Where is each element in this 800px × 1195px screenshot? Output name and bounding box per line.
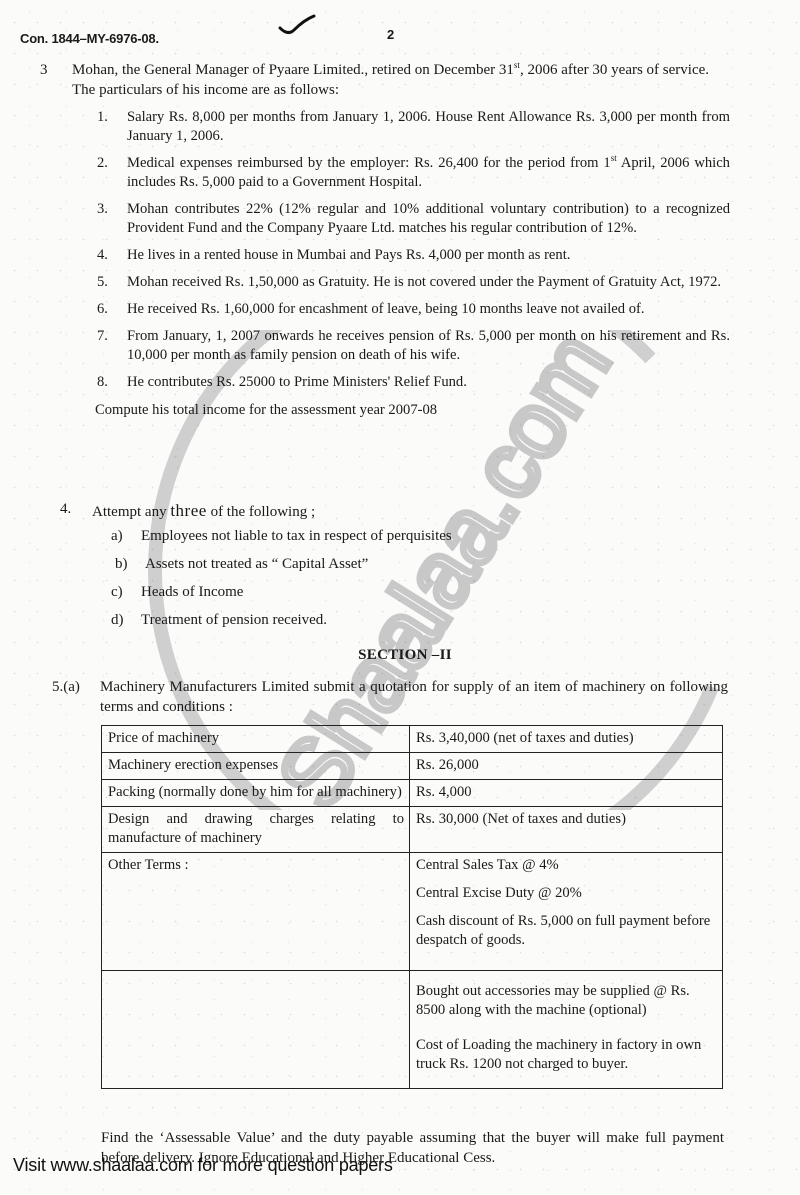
question-3: 3 Mohan, the General Manager of Pyaare L… — [40, 60, 730, 420]
question-4-options: a)Employees not liable to tax in respect… — [111, 527, 452, 639]
question-intro: Mohan, the General Manager of Pyaare Lim… — [72, 60, 730, 100]
option-d: d)Treatment of pension received. — [111, 611, 452, 639]
table-cell: Bought out accessories may be supplied @… — [410, 971, 723, 1089]
list-item: 4.He lives in a rented house in Mumbai a… — [97, 246, 730, 265]
table-cell: Rs. 26,000 — [410, 753, 723, 780]
table-row: Design and drawing charges relating to m… — [102, 807, 723, 853]
question-5a-text: Machinery Manufacturers Limited submit a… — [100, 677, 728, 717]
table-cell: Other Terms : — [102, 853, 410, 971]
list-item: 8.He contributes Rs. 25000 to Prime Mini… — [97, 373, 730, 392]
page-number: 2 — [387, 27, 394, 42]
table-row: Price of machinery Rs. 3,40,000 (net of … — [102, 726, 723, 753]
compute-instruction: Compute his total income for the assessm… — [95, 400, 730, 420]
table-row: Packing (normally done by him for all ma… — [102, 780, 723, 807]
table-row: Machinery erection expenses Rs. 26,000 — [102, 753, 723, 780]
question-number: 5.(a) — [52, 677, 80, 697]
table-cell: Rs. 30,000 (Net of taxes and duties) — [410, 807, 723, 853]
table-row: Other Terms : Central Sales Tax @ 4% Cen… — [102, 853, 723, 971]
table-cell — [102, 971, 410, 1089]
quotation-terms-table: Price of machinery Rs. 3,40,000 (net of … — [101, 725, 723, 1089]
list-item: 2.Medical expenses reimbursed by the emp… — [97, 154, 730, 192]
table-cell: Design and drawing charges relating to m… — [102, 807, 410, 853]
table-cell: Machinery erection expenses — [102, 753, 410, 780]
question-4: 4. Attempt any three of the following ; — [60, 501, 315, 521]
table-row: Bought out accessories may be supplied @… — [102, 971, 723, 1089]
option-c: c)Heads of Income — [111, 583, 452, 611]
list-item: 5.Mohan received Rs. 1,50,000 as Gratuit… — [97, 273, 730, 292]
table-cell: Rs. 4,000 — [410, 780, 723, 807]
visit-shaalaa-link[interactable]: Visit www.shaalaa.com for more question … — [13, 1155, 393, 1176]
list-item: 7.From January, 1, 2007 onwards he recei… — [97, 327, 730, 365]
table-cell: Price of machinery — [102, 726, 410, 753]
table-cell: Packing (normally done by him for all ma… — [102, 780, 410, 807]
option-a: a)Employees not liable to tax in respect… — [111, 527, 452, 555]
list-item: 6.He received Rs. 1,60,000 for encashmen… — [97, 300, 730, 319]
list-item: 3.Mohan contributes 22% (12% regular and… — [97, 200, 730, 238]
section-title: SECTION –II — [0, 647, 800, 664]
table-cell: Rs. 3,40,000 (net of taxes and duties) — [410, 726, 723, 753]
question-number: 4. — [60, 501, 71, 518]
question-4-prompt: Attempt any three of the following ; — [92, 504, 315, 520]
paper-code: Con. 1844–MY-6976-08. — [20, 31, 159, 46]
income-particulars-list: 1.Salary Rs. 8,000 per months from Janua… — [97, 108, 730, 392]
option-b: b)Assets not treated as “ Capital Asset” — [111, 555, 452, 583]
table-cell: Central Sales Tax @ 4% Central Excise Du… — [410, 853, 723, 971]
list-item: 1.Salary Rs. 8,000 per months from Janua… — [97, 108, 730, 146]
question-5a: 5.(a) Machinery Manufacturers Limited su… — [52, 677, 728, 717]
exam-page: Shaalaa.com Con. 1844–MY-6976-08. 2 3 Mo… — [0, 0, 800, 1195]
checkmark-icon — [278, 14, 318, 36]
question-number: 3 — [40, 60, 48, 80]
